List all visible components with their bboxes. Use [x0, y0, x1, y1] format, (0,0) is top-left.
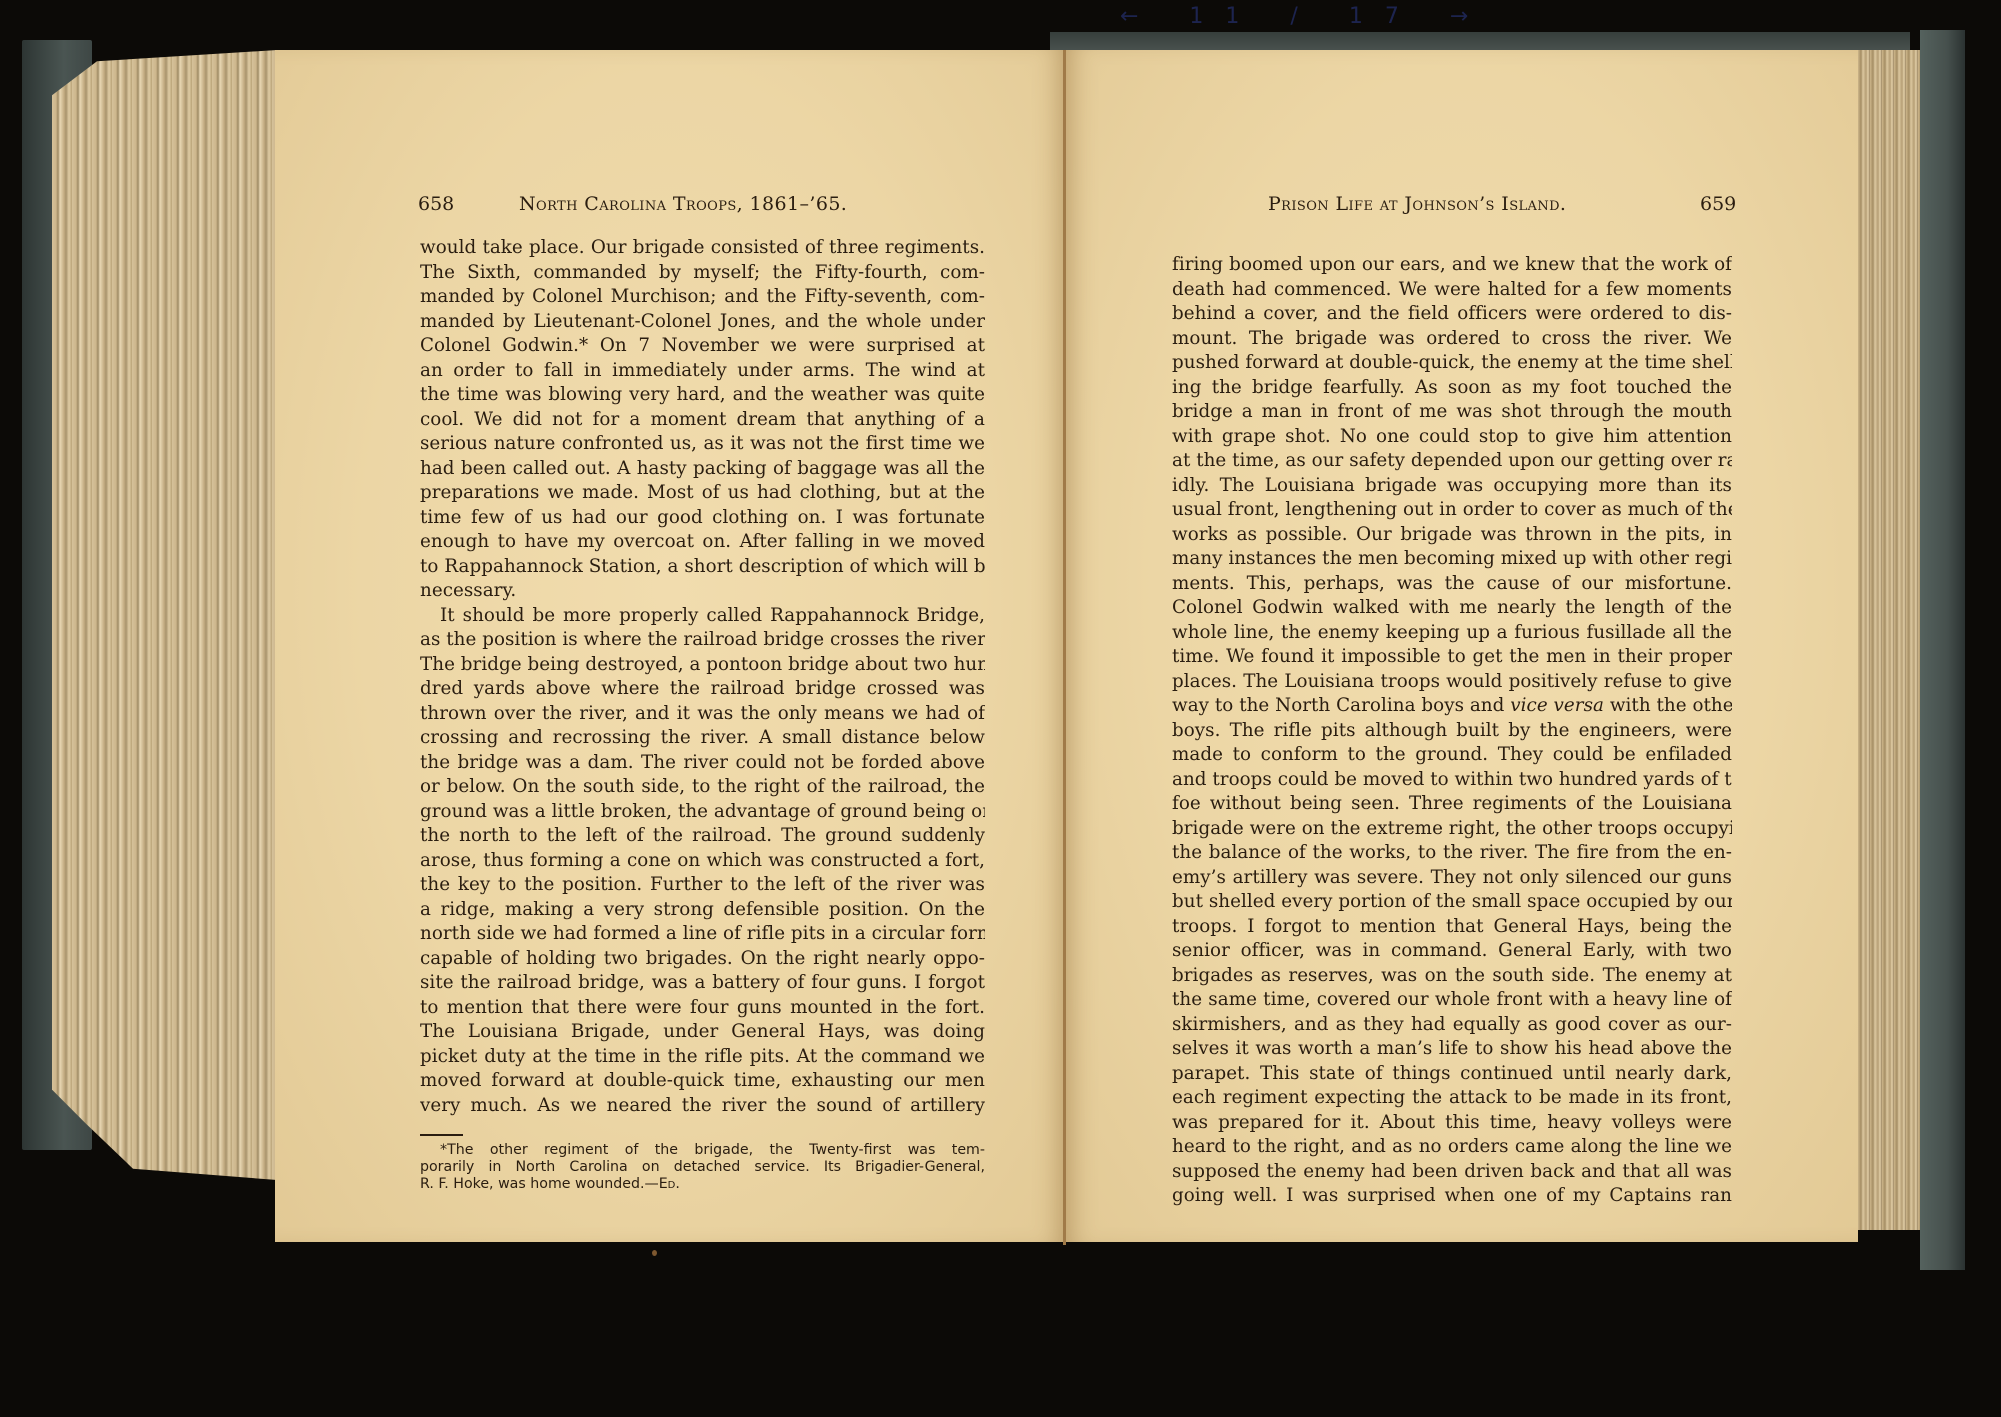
- paper-speck: [652, 1250, 657, 1256]
- text-line: brigade were on the extreme right, the o…: [1172, 817, 1732, 842]
- text-line: enough to have my overcoat on. After fal…: [420, 530, 985, 555]
- text-line: or below. On the south side, to the righ…: [420, 775, 985, 800]
- page-number: 659: [1700, 192, 1736, 216]
- text-line: whole line, the enemy keeping up a furio…: [1172, 621, 1732, 646]
- text-line: a ridge, making a very strong defensible…: [420, 898, 985, 923]
- footnote: *The other regiment of the brigade, the …: [420, 1142, 985, 1193]
- text-line: Colonel Godwin.* On 7 November we were s…: [420, 334, 985, 359]
- text-line: boys. The rifle pits although built by t…: [1172, 719, 1732, 744]
- text-line: behind a cover, and the field officers w…: [1172, 302, 1732, 327]
- running-head: North Carolina Troops, 1861–’65.: [519, 192, 847, 216]
- text-line: parapet. This state of things continued …: [1172, 1062, 1732, 1087]
- text-line: works as possible. Our brigade was throw…: [1172, 523, 1732, 548]
- text-line: necessary.: [420, 579, 985, 604]
- text-line: but shelled every portion of the small s…: [1172, 890, 1732, 915]
- left-page: 658 North Carolina Troops, 1861–’65. wou…: [275, 50, 1064, 1242]
- text-line: the time was blowing very hard, and the …: [420, 383, 985, 408]
- text-line: very much. As we neared the river the so…: [420, 1094, 985, 1119]
- text-line: troops. I forgot to mention that General…: [1172, 915, 1732, 940]
- text-line: firing boomed upon our ears, and we knew…: [1172, 253, 1732, 278]
- text-line: made to conform to the ground. They coul…: [1172, 743, 1732, 768]
- text-line: bridge a man in front of me was shot thr…: [1172, 400, 1732, 425]
- text-line: death had commenced. We were halted for …: [1172, 278, 1732, 303]
- text-line: The Sixth, commanded by myself; the Fift…: [420, 261, 985, 286]
- left-page-edges: [52, 50, 277, 1180]
- text-line: crossing and recrossing the river. A sma…: [420, 726, 985, 751]
- text-line: places. The Louisiana troops would posit…: [1172, 670, 1732, 695]
- text-line: ground was a little broken, the advantag…: [420, 800, 985, 825]
- text-line: idly. The Louisiana brigade was occupyin…: [1172, 474, 1732, 499]
- text-line: The bridge being destroyed, a pontoon br…: [420, 653, 985, 678]
- footnote-line: porarily in North Carolina on detached s…: [420, 1159, 985, 1176]
- text-line: time. We found it impossible to get the …: [1172, 645, 1732, 670]
- text-line: cool. We did not for a moment dream that…: [420, 408, 985, 433]
- running-head: Prison Life at Johnson’s Island.: [1268, 192, 1566, 216]
- text-line: north side we had formed a line of rifle…: [420, 922, 985, 947]
- page-number: 658: [418, 192, 454, 216]
- text-line: supposed the enemy had been driven back …: [1172, 1160, 1732, 1185]
- text-line: arose, thus forming a cone on which was …: [420, 849, 985, 874]
- text-line: skirmishers, and as they had equally as …: [1172, 1013, 1732, 1038]
- text-line: thrown over the river, and it was the on…: [420, 702, 985, 727]
- top-tab-label: ← 11 / 17 →: [1120, 4, 1420, 30]
- text-line: had been called out. A hasty packing of …: [420, 457, 985, 482]
- right-cover: [1920, 30, 1965, 1270]
- text-line: and troops could be moved to within two …: [1172, 768, 1732, 793]
- book-photo: ← 11 / 17 → 658 North Carolina Troops, 1…: [0, 0, 2001, 1417]
- text-line: would take place. Our brigade consisted …: [420, 236, 985, 261]
- text-line: to Rappahannock Station, a short descrip…: [420, 555, 985, 580]
- text-line: site the railroad bridge, was a battery …: [420, 971, 985, 996]
- text-line: many instances the men becoming mixed up…: [1172, 547, 1732, 572]
- footnote-line: *The other regiment of the brigade, the …: [420, 1142, 985, 1159]
- text-line: manded by Colonel Murchison; and the Fif…: [420, 285, 985, 310]
- editor-signature: Ed.: [659, 1176, 680, 1192]
- right-page: Prison Life at Johnson’s Island. 659 fir…: [1066, 50, 1858, 1242]
- text-line: the balance of the works, to the river. …: [1172, 841, 1732, 866]
- text-line: the key to the position. Further to the …: [420, 873, 985, 898]
- text-line: was prepared for it. About this time, he…: [1172, 1111, 1732, 1136]
- text-line: ments. This, perhaps, was the cause of o…: [1172, 572, 1732, 597]
- text-line: way to the North Carolina boys and vice …: [1172, 694, 1732, 719]
- text-line: capable of holding two brigades. On the …: [420, 947, 985, 972]
- text-line: time few of us had our good clothing on.…: [420, 506, 985, 531]
- text-line: to mention that there were four guns mou…: [420, 996, 985, 1021]
- body-text: would take place. Our brigade consisted …: [420, 236, 985, 1118]
- text-line: going well. I was surprised when one of …: [1172, 1184, 1732, 1209]
- text-line: pushed forward at double-quick, the enem…: [1172, 351, 1732, 376]
- body-text: firing boomed upon our ears, and we knew…: [1172, 253, 1732, 1209]
- text-line: the bridge was a dam. The river could no…: [420, 751, 985, 776]
- text-line: usual front, lengthening out in order to…: [1172, 498, 1732, 523]
- text-line: as the position is where the railroad br…: [420, 628, 985, 653]
- text-line: dred yards above where the railroad brid…: [420, 677, 985, 702]
- text-line: moved forward at double-quick time, exha…: [420, 1069, 985, 1094]
- text-line: foe without being seen. Three regiments …: [1172, 792, 1732, 817]
- text-line: manded by Lieutenant-Colonel Jones, and …: [420, 310, 985, 335]
- text-line: picket duty at the time in the rifle pit…: [420, 1045, 985, 1070]
- text-line: It should be more properly called Rappah…: [420, 604, 985, 629]
- text-line: the same time, covered our whole front w…: [1172, 988, 1732, 1013]
- footnote-line: R. F. Hoke, was home wounded.—Ed.: [420, 1176, 985, 1193]
- right-page-edges: [1858, 50, 1920, 1230]
- text-line: at the time, as our safety depended upon…: [1172, 449, 1732, 474]
- text-line: preparations we made. Most of us had clo…: [420, 481, 985, 506]
- text-line: an order to fall in immediately under ar…: [420, 359, 985, 384]
- text-line: brigades as reserves, was on the south s…: [1172, 964, 1732, 989]
- text-line: the north to the left of the railroad. T…: [420, 824, 985, 849]
- text-line: selves it was worth a man’s life to show…: [1172, 1037, 1732, 1062]
- text-line: serious nature confronted us, as it was …: [420, 432, 985, 457]
- text-line: The Louisiana Brigade, under General Hay…: [420, 1020, 985, 1045]
- text-line: ing the bridge fearfully. As soon as my …: [1172, 376, 1732, 401]
- text-line: each regiment expecting the attack to be…: [1172, 1086, 1732, 1111]
- text-line: Colonel Godwin walked with me nearly the…: [1172, 596, 1732, 621]
- text-line: with grape shot. No one could stop to gi…: [1172, 425, 1732, 450]
- text-line: mount. The brigade was ordered to cross …: [1172, 327, 1732, 352]
- text-line: heard to the right, and as no orders cam…: [1172, 1135, 1732, 1160]
- italic-phrase: vice versa: [1510, 695, 1604, 716]
- text-line: senior officer, was in command. General …: [1172, 939, 1732, 964]
- text-line: emy’s artillery was severe. They not onl…: [1172, 866, 1732, 891]
- footnote-rule: [420, 1134, 463, 1136]
